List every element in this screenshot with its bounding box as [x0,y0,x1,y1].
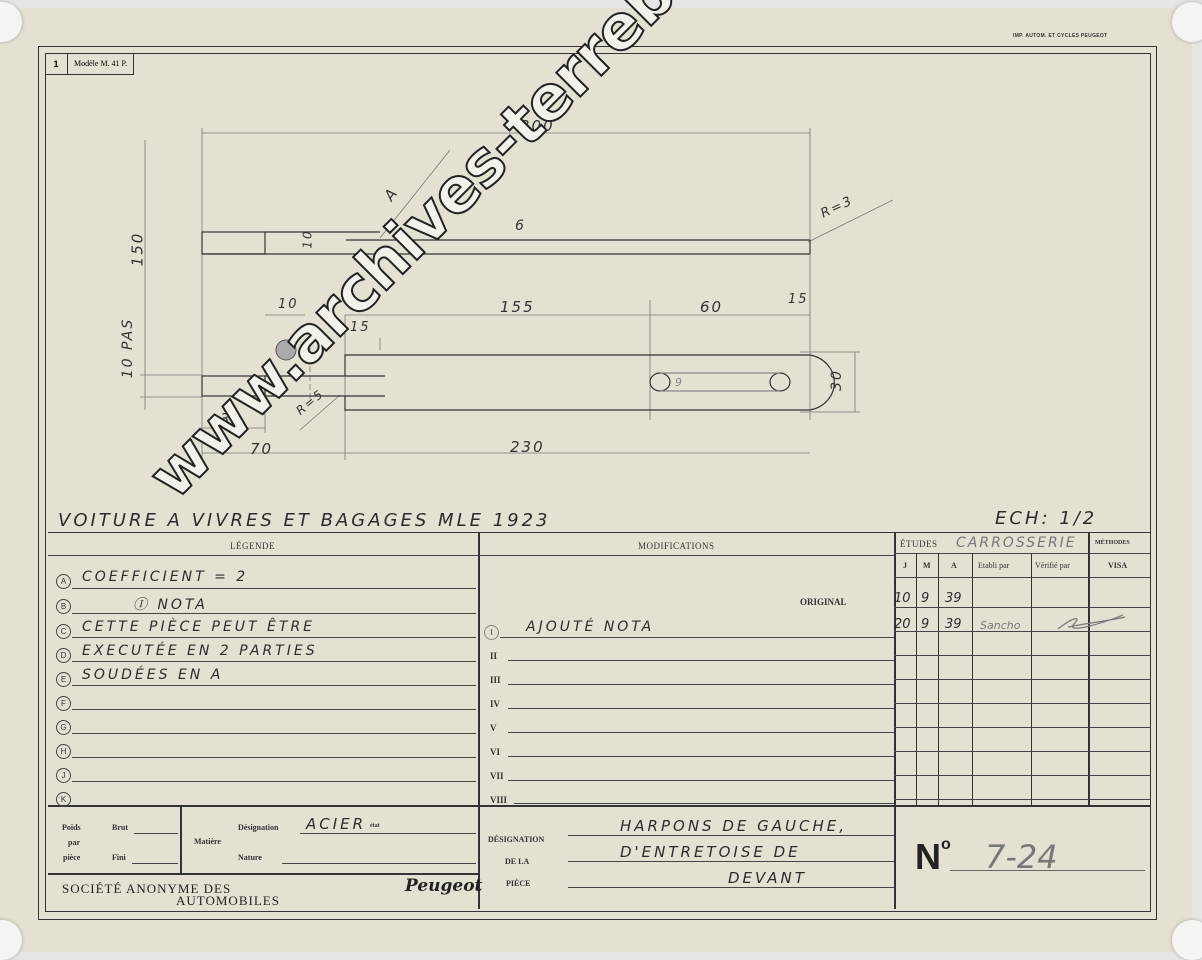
pin-bottom-right [1172,920,1202,960]
modifications-header: MODIFICATIONS [638,541,715,551]
designation-label: Désignation [238,823,278,832]
vehicle-title: VOITURE A VIVRES ET BAGAGES MLE 1923 [58,510,551,531]
mod-num-7: VII [490,771,504,781]
designation-label-3: PIÈCE [506,879,530,888]
col-verifie: Vérifié par [1035,561,1070,570]
methodes-header: MÉTHODES [1095,540,1130,546]
row2-j: 20 [894,617,911,632]
peugeot-logo: Peugeot [405,876,482,896]
weight-brut: Brut [112,823,128,832]
material-value: ACIER [306,815,366,833]
legend-header: LÉGENDE [230,541,275,551]
col-j: J [903,561,907,570]
row2-m: 9 [921,617,929,632]
dim-60: 60 [700,298,723,316]
legend-letter-c: C [56,624,71,639]
etat-label: état [370,823,380,829]
mod-num-2: II [490,651,497,661]
designation-line-2: D'ENTRETOISE DE [620,843,801,861]
dim-230: 230 [510,438,545,456]
mod-num-1: I [484,625,499,640]
legend-text-c: CETTE PIÈCE PEUT ÊTRE [82,619,315,635]
col-m: M [923,561,931,570]
legend-text-d: EXECUTÉE EN 2 PARTIES [82,643,318,659]
row2-etabli: Sancho [980,619,1020,632]
number-label: No [915,836,951,878]
weight-fini: Fini [112,853,126,862]
row2-a: 39 [945,617,962,632]
weight-label-2: par [68,838,80,847]
legend-letter-j: J [56,768,71,783]
row2-signature [1053,607,1133,637]
pin-bottom-left [0,920,22,960]
legend-text-e: SOUDÉES EN A [82,667,223,683]
original-label: ORIGINAL [800,597,847,607]
legend-letter-g: G [56,720,71,735]
dim-155: 155 [500,298,535,316]
designation-line-1: HARPONS DE GAUCHE, [620,817,847,835]
designation-line-3: DEVANT [728,869,807,887]
dim-9: 9 [675,376,684,389]
nature-label: Nature [238,853,262,862]
weight-label-3: pièce [63,853,80,862]
legend-letter-b: B [56,599,71,614]
legend-letter-d: D [56,648,71,663]
scale-label: ECH: 1/2 [995,508,1097,529]
mod-num-5: V [490,723,497,733]
etudes-department: CARROSSERIE [956,535,1077,551]
col-a: A [951,561,957,570]
row1-a: 39 [945,591,962,606]
row1-j: 10 [894,591,911,606]
legend-letter-f: F [56,696,71,711]
dim-15-right: 15 [788,292,809,307]
mod-text-1: AJOUTÉ NOTA [526,619,654,635]
dim-6: 6 [515,218,526,234]
mod-num-6: VI [490,747,500,757]
dim-30-right: 30 [829,369,845,391]
mod-num-3: III [490,675,501,685]
company-line-2: AUTOMOBILES [176,893,280,909]
legend-letter-a: A [56,574,71,589]
legend-letter-k: K [56,792,71,807]
etudes-header: ÉTUDES [900,539,938,549]
dim-10-top: 10 [301,229,315,248]
weight-label-1: Poids [62,823,81,832]
designation-label-2: DE LA [505,857,529,866]
col-etabli: Etabli par [978,561,1009,570]
material-label: Matière [194,837,221,846]
legend-text-b: Ⓘ NOTA [133,594,208,614]
legend-letter-h: H [56,744,71,759]
legend-letter-e: E [56,672,71,687]
col-visa: VISA [1108,561,1127,570]
legend-text-a: COEFFICIENT = 2 [82,569,248,585]
dim-150: 150 [128,232,146,267]
mod-num-8: VIII [490,795,507,805]
row1-m: 9 [921,591,929,606]
dim-pas: 10 PAS [120,318,136,378]
mod-num-4: IV [490,699,500,709]
designation-label-1: DÉSIGNATION [488,835,544,844]
